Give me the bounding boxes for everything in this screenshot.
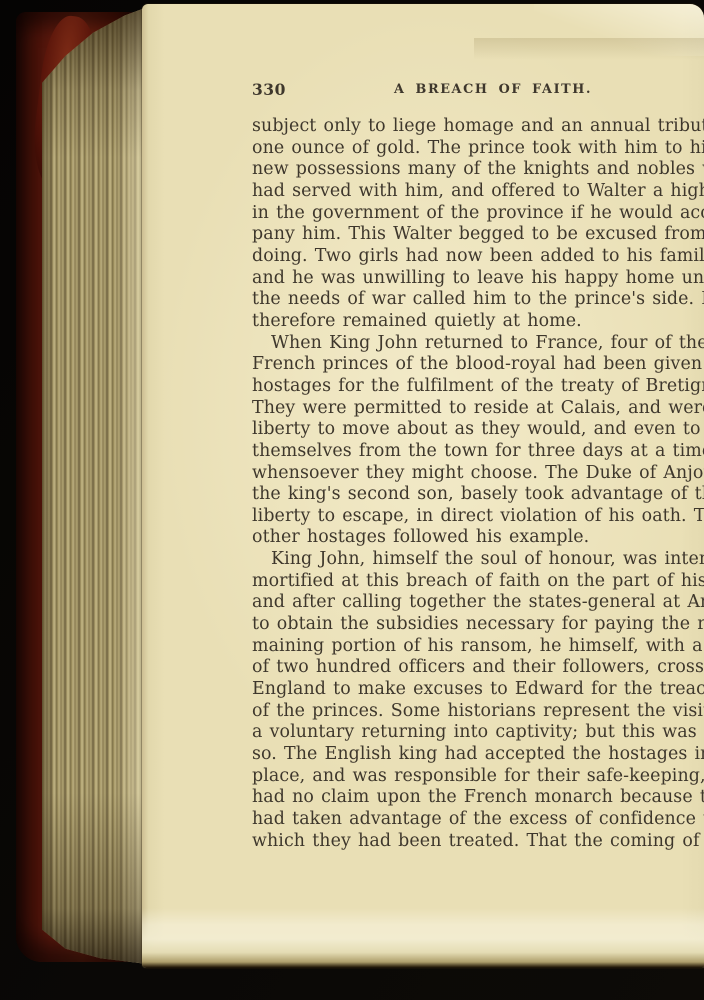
text-line: mortified at this breach of faith on the… <box>252 571 698 593</box>
page-content: 330 A BREACH OF FAITH. subject only to l… <box>252 80 698 852</box>
page-corner-curl <box>534 4 704 56</box>
page-text: subject only to liege homage and an annu… <box>252 116 698 852</box>
text-line: King John, himself the soul of honour, w… <box>252 549 698 571</box>
text-line: in the government of the province if he … <box>252 203 698 225</box>
text-line: liberty to move about as they would, and… <box>252 419 698 441</box>
text-line: a voluntary returning into captivity; bu… <box>252 722 698 744</box>
text-line: had no claim upon the French monarch bec… <box>252 787 698 809</box>
photo-background: 330 A BREACH OF FAITH. subject only to l… <box>0 0 704 1000</box>
text-line: England to make excuses to Edward for th… <box>252 679 698 701</box>
text-line: one ounce of gold. The prince took with … <box>252 138 698 160</box>
text-line: new possessions many of the knights and … <box>252 159 698 181</box>
text-line: French princes of the blood-royal had be… <box>252 354 698 376</box>
text-line: which they had been treated. That the co… <box>252 831 698 853</box>
page-edges-stack <box>42 4 148 966</box>
text-line: of the princes. Some historians represen… <box>252 701 698 723</box>
text-line: themselves from the town for three days … <box>252 441 698 463</box>
paragraph: King John, himself the soul of honour, w… <box>252 549 698 852</box>
page-bottom-edge <box>142 908 704 968</box>
text-line: They were permitted to reside at Calais,… <box>252 398 698 420</box>
paragraph: subject only to liege homage and an annu… <box>252 116 698 333</box>
text-line: hostages for the fulfilment of the treat… <box>252 376 698 398</box>
paragraph: When King John returned to France, four … <box>252 333 698 550</box>
text-line: to obtain the subsidies necessary for pa… <box>252 614 698 636</box>
text-line: the needs of war called him to the princ… <box>252 289 698 311</box>
text-line: and he was unwilling to leave his happy … <box>252 268 698 290</box>
text-line: When King John returned to France, four … <box>252 333 698 355</box>
text-line: whensoever they might choose. The Duke o… <box>252 463 698 485</box>
text-line: other hostages followed his example. <box>252 527 698 549</box>
page-corner-curl-shadow <box>474 38 704 64</box>
text-line: had served with him, and offered to Walt… <box>252 181 698 203</box>
text-line: so. The English king had accepted the ho… <box>252 744 698 766</box>
page-header: 330 A BREACH OF FAITH. <box>252 80 698 102</box>
page-number: 330 <box>252 80 286 99</box>
text-line: pany him. This Walter begged to be excus… <box>252 224 698 246</box>
text-line: maining portion of his ransom, he himsel… <box>252 636 698 658</box>
text-line: doing. Two girls had now been added to h… <box>252 246 698 268</box>
text-line: place, and was responsible for their saf… <box>252 766 698 788</box>
text-line: had taken advantage of the excess of con… <box>252 809 698 831</box>
text-line: liberty to escape, in direct violation o… <box>252 506 698 528</box>
running-header: A BREACH OF FAITH. <box>252 80 698 97</box>
text-line: the king's second son, basely took advan… <box>252 484 698 506</box>
text-line: of two hundred officers and their follow… <box>252 657 698 679</box>
text-line: subject only to liege homage and an annu… <box>252 116 698 138</box>
text-line: therefore remained quietly at home. <box>252 311 698 333</box>
book-page: 330 A BREACH OF FAITH. subject only to l… <box>142 4 704 968</box>
text-line: and after calling together the states-ge… <box>252 592 698 614</box>
